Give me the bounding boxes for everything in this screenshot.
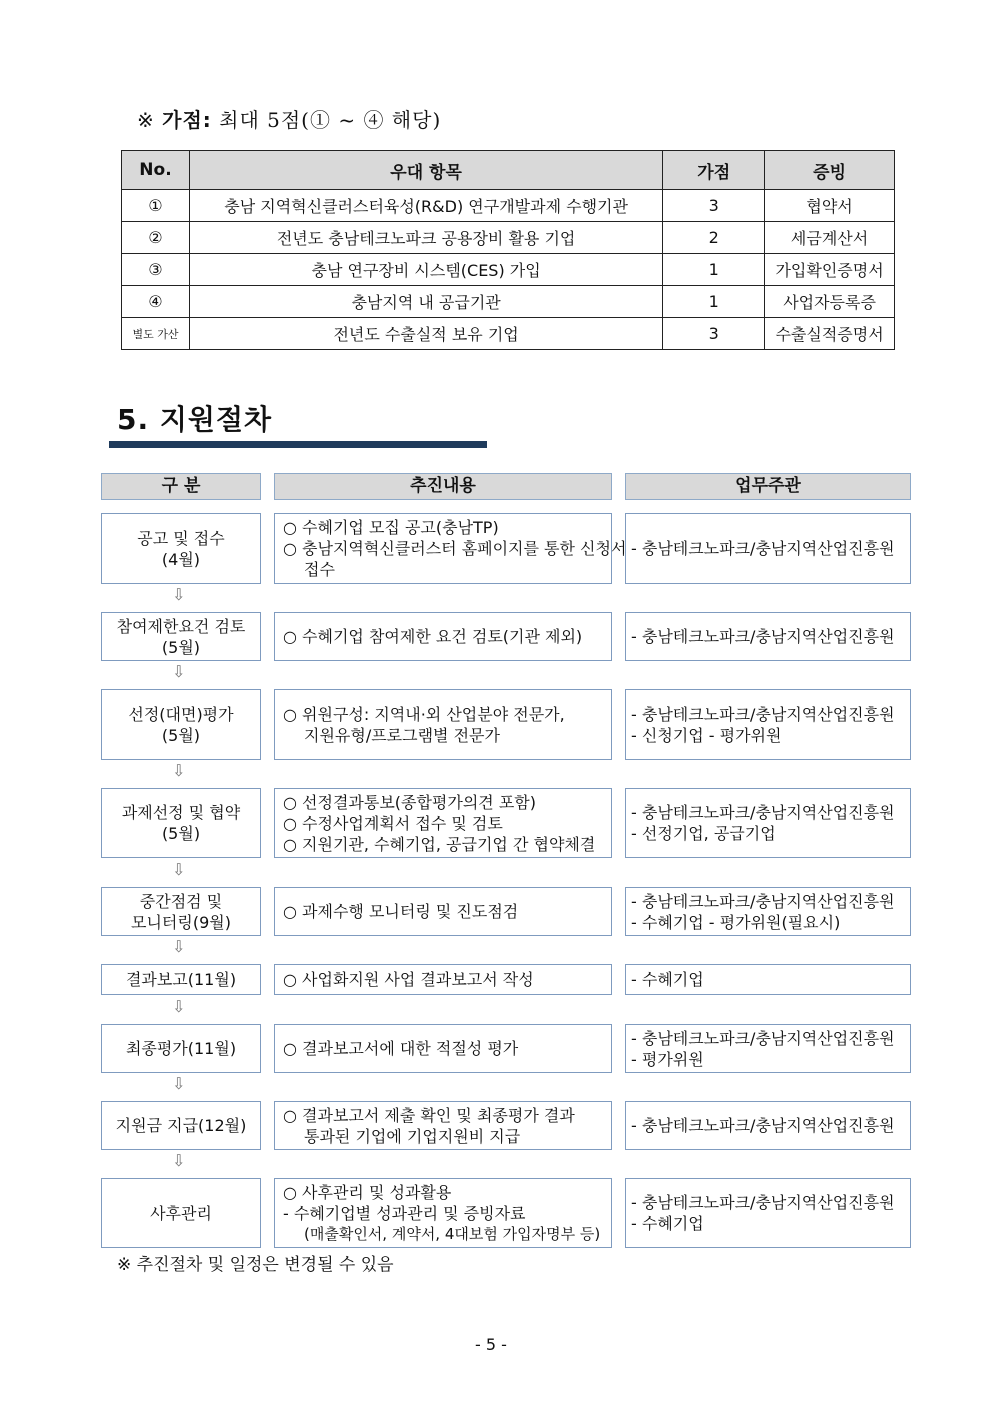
row-proof: 수출실적증명서 bbox=[765, 318, 895, 350]
content-cell: ○ 사업화지원 사업 결과보고서 작성 bbox=[274, 964, 612, 995]
header-content: 추진내용 bbox=[274, 473, 612, 500]
content-line: ○ 사후관리 및 성과활용 bbox=[283, 1182, 611, 1203]
content-line: 통과된 기업에 기업지원비 지급 bbox=[283, 1126, 611, 1147]
content-line: - 수혜기업별 성과관리 및 증빙자료 bbox=[283, 1203, 611, 1224]
owner-line: - 수혜기업 bbox=[631, 1213, 910, 1234]
row-points: 1 bbox=[663, 254, 765, 286]
section-title: 5. 지원절차 bbox=[117, 398, 272, 438]
table-row: ④ 충남지역 내 공급기관 1 사업자등록증 bbox=[122, 286, 895, 318]
row-proof: 협약서 bbox=[765, 190, 895, 222]
owner-line: - 충남테크노파크/충남지역산업진흥원 bbox=[631, 704, 910, 725]
header-owner: 업무주관 bbox=[625, 473, 911, 500]
row-points: 3 bbox=[663, 318, 765, 350]
row-item: 충남지역 내 공급기관 bbox=[189, 286, 662, 318]
table-row: ① 충남 지역혁신클러스터육성(R&D) 연구개발과제 수행기관 3 협약서 bbox=[122, 190, 895, 222]
row-no: ① bbox=[122, 190, 190, 222]
content-line: ○ 수혜기업 참여제한 요건 검토(기관 제외) bbox=[283, 626, 611, 647]
stage-cell: 사후관리 bbox=[101, 1178, 261, 1248]
owner-line: - 충남테크노파크/충남지역산업진흥원 bbox=[631, 1115, 910, 1136]
content-line: ○ 과제수행 모니터링 및 진도점검 bbox=[283, 901, 611, 922]
bonus-points-table: No. 우대 항목 가점 증빙 ① 충남 지역혁신클러스터육성(R&D) 연구개… bbox=[121, 150, 895, 350]
row-no: 별도 가산 bbox=[122, 318, 190, 350]
owner-cell: - 충남테크노파크/충남지역산업진흥원 - 수혜기업 bbox=[625, 1178, 911, 1248]
owner-line: - 충남테크노파크/충남지역산업진흥원 bbox=[631, 538, 910, 559]
owner-cell: - 수혜기업 bbox=[625, 964, 911, 995]
content-line: ○ 지원기관, 수혜기업, 공급기업 간 협약체결 bbox=[283, 834, 611, 855]
row-points: 1 bbox=[663, 286, 765, 318]
content-cell: ○ 수혜기업 참여제한 요건 검토(기관 제외) bbox=[274, 612, 612, 661]
owner-line: - 충남테크노파크/충남지역산업진흥원 bbox=[631, 802, 910, 823]
stage-label: 참여제한요건 검토 bbox=[117, 616, 246, 637]
stage-cell: 결과보고(11월) bbox=[101, 964, 261, 995]
owner-cell: - 충남테크노파크/충남지역산업진흥원 - 선정기업, 공급기업 bbox=[625, 788, 911, 858]
owner-line: - 평가위원 bbox=[631, 1049, 910, 1070]
page-number: - 5 - bbox=[475, 1335, 507, 1354]
bonus-points-title: ※ 가점: 최대 5점(① ~ ④ 해당) bbox=[137, 104, 441, 133]
down-arrow-icon: ⇩ bbox=[172, 1074, 185, 1093]
stage-label: 지원금 지급(12월) bbox=[116, 1115, 247, 1136]
down-arrow-icon: ⇩ bbox=[172, 761, 185, 780]
down-arrow-icon: ⇩ bbox=[172, 860, 185, 879]
content-cell: ○ 사후관리 및 성과활용 - 수혜기업별 성과관리 및 증빙자료 (매출확인서… bbox=[274, 1178, 612, 1248]
stage-month: (5월) bbox=[122, 823, 240, 844]
row-item: 충남 연구장비 시스템(CES) 가입 bbox=[189, 254, 662, 286]
header-proof: 증빙 bbox=[765, 151, 895, 190]
content-line: ○ 선정결과통보(종합평가의견 포함) bbox=[283, 792, 611, 813]
down-arrow-icon: ⇩ bbox=[172, 1151, 185, 1170]
stage-cell: 지원금 지급(12월) bbox=[101, 1101, 261, 1150]
owner-line: - 신청기업 - 평가위원 bbox=[631, 725, 910, 746]
stage-cell: 공고 및 접수(4월) bbox=[101, 513, 261, 584]
stage-month: (5월) bbox=[128, 725, 233, 746]
content-line: ○ 충남지역혁신클러스터 홈페이지를 통한 신청서 bbox=[283, 538, 611, 559]
down-arrow-icon: ⇩ bbox=[172, 937, 185, 956]
content-line: ○ 수정사업계획서 접수 및 검토 bbox=[283, 813, 611, 834]
header-stage: 구 분 bbox=[101, 473, 261, 500]
stage-label: 과제선정 및 협약 bbox=[122, 802, 240, 823]
stage-label: 결과보고(11월) bbox=[126, 969, 236, 990]
content-line: 지원유형/프로그램별 전문가 bbox=[283, 725, 611, 746]
owner-cell: - 충남테크노파크/충남지역산업진흥원 - 평가위원 bbox=[625, 1024, 911, 1073]
owner-line: - 충남테크노파크/충남지역산업진흥원 bbox=[631, 891, 910, 912]
stage-label: 사후관리 bbox=[150, 1203, 212, 1224]
stage-cell: 최종평가(11월) bbox=[101, 1024, 261, 1073]
stage-cell: 참여제한요건 검토(5월) bbox=[101, 612, 261, 661]
owner-line: - 수혜기업 bbox=[631, 969, 910, 990]
owner-cell: - 충남테크노파크/충남지역산업진흥원 - 수혜기업 - 평가위원(필요시) bbox=[625, 887, 911, 936]
stage-label: 최종평가(11월) bbox=[126, 1038, 236, 1059]
bonus-label: 가점: bbox=[162, 108, 212, 132]
table-row: ③ 충남 연구장비 시스템(CES) 가입 1 가입확인증명서 bbox=[122, 254, 895, 286]
stage-cell: 중간점검 및모니터링(9월) bbox=[101, 887, 261, 936]
down-arrow-icon: ⇩ bbox=[172, 662, 185, 681]
table-row: 별도 가산 전년도 수출실적 보유 기업 3 수출실적증명서 bbox=[122, 318, 895, 350]
owner-line: - 충남테크노파크/충남지역산업진흥원 bbox=[631, 626, 910, 647]
row-points: 2 bbox=[663, 222, 765, 254]
row-proof: 사업자등록증 bbox=[765, 286, 895, 318]
reference-mark: ※ bbox=[137, 108, 155, 132]
header-no: No. bbox=[122, 151, 190, 190]
table-row: ② 전년도 충남테크노파크 공용장비 활용 기업 2 세금계산서 bbox=[122, 222, 895, 254]
content-line: 접수 bbox=[283, 559, 611, 580]
row-points: 3 bbox=[663, 190, 765, 222]
content-cell: ○ 선정결과통보(종합평가의견 포함) ○ 수정사업계획서 접수 및 검토 ○ … bbox=[274, 788, 612, 858]
content-cell: ○ 결과보고서에 대한 적절성 평가 bbox=[274, 1024, 612, 1073]
table-header-row: No. 우대 항목 가점 증빙 bbox=[122, 151, 895, 190]
row-no: ④ bbox=[122, 286, 190, 318]
content-cell: ○ 과제수행 모니터링 및 진도점검 bbox=[274, 887, 612, 936]
row-proof: 가입확인증명서 bbox=[765, 254, 895, 286]
content-cell: ○ 수혜기업 모집 공고(충남TP) ○ 충남지역혁신클러스터 홈페이지를 통한… bbox=[274, 513, 612, 584]
stage-cell: 과제선정 및 협약(5월) bbox=[101, 788, 261, 858]
stage-month: 모니터링(9월) bbox=[131, 912, 231, 933]
owner-cell: - 충남테크노파크/충남지역산업진흥원 bbox=[625, 1101, 911, 1150]
down-arrow-icon: ⇩ bbox=[172, 585, 185, 604]
owner-line: - 충남테크노파크/충남지역산업진흥원 bbox=[631, 1192, 910, 1213]
content-line: ○ 결과보고서 제출 확인 및 최종평가 결과 bbox=[283, 1105, 611, 1126]
content-line: ○ 사업화지원 사업 결과보고서 작성 bbox=[283, 969, 611, 990]
owner-cell: - 충남테크노파크/충남지역산업진흥원 bbox=[625, 612, 911, 661]
schedule-note: ※ 추진절차 및 일정은 변경될 수 있음 bbox=[117, 1250, 394, 1275]
owner-cell: - 충남테크노파크/충남지역산업진흥원 - 신청기업 - 평가위원 bbox=[625, 689, 911, 760]
header-item: 우대 항목 bbox=[189, 151, 662, 190]
row-item: 충남 지역혁신클러스터육성(R&D) 연구개발과제 수행기관 bbox=[189, 190, 662, 222]
bonus-description: 최대 5점(① ~ ④ 해당) bbox=[219, 108, 441, 132]
row-no: ② bbox=[122, 222, 190, 254]
content-cell: ○ 결과보고서 제출 확인 및 최종평가 결과 통과된 기업에 기업지원비 지급 bbox=[274, 1101, 612, 1150]
stage-month: (5월) bbox=[117, 637, 246, 658]
owner-line: - 충남테크노파크/충남지역산업진흥원 bbox=[631, 1028, 910, 1049]
content-line: ○ 수혜기업 모집 공고(충남TP) bbox=[283, 517, 611, 538]
owner-line: - 선정기업, 공급기업 bbox=[631, 823, 910, 844]
owner-cell: - 충남테크노파크/충남지역산업진흥원 bbox=[625, 513, 911, 584]
content-line: ○ 결과보고서에 대한 적절성 평가 bbox=[283, 1038, 611, 1059]
stage-label: 공고 및 접수 bbox=[137, 528, 224, 549]
stage-label: 중간점검 및 bbox=[131, 891, 231, 912]
row-no: ③ bbox=[122, 254, 190, 286]
content-line: (매출확인서, 계약서, 4대보험 가입자명부 등) bbox=[283, 1224, 611, 1245]
stage-cell: 선정(대면)평가(5월) bbox=[101, 689, 261, 760]
row-item: 전년도 수출실적 보유 기업 bbox=[189, 318, 662, 350]
owner-line: - 수혜기업 - 평가위원(필요시) bbox=[631, 912, 910, 933]
stage-month: (4월) bbox=[137, 549, 224, 570]
header-points: 가점 bbox=[663, 151, 765, 190]
content-cell: ○ 위원구성: 지역내·외 산업분야 전문가, 지원유형/프로그램별 전문가 bbox=[274, 689, 612, 760]
row-item: 전년도 충남테크노파크 공용장비 활용 기업 bbox=[189, 222, 662, 254]
stage-label: 선정(대면)평가 bbox=[128, 704, 233, 725]
content-line: ○ 위원구성: 지역내·외 산업분야 전문가, bbox=[283, 704, 611, 725]
row-proof: 세금계산서 bbox=[765, 222, 895, 254]
section-underline bbox=[109, 441, 487, 448]
down-arrow-icon: ⇩ bbox=[172, 997, 185, 1016]
